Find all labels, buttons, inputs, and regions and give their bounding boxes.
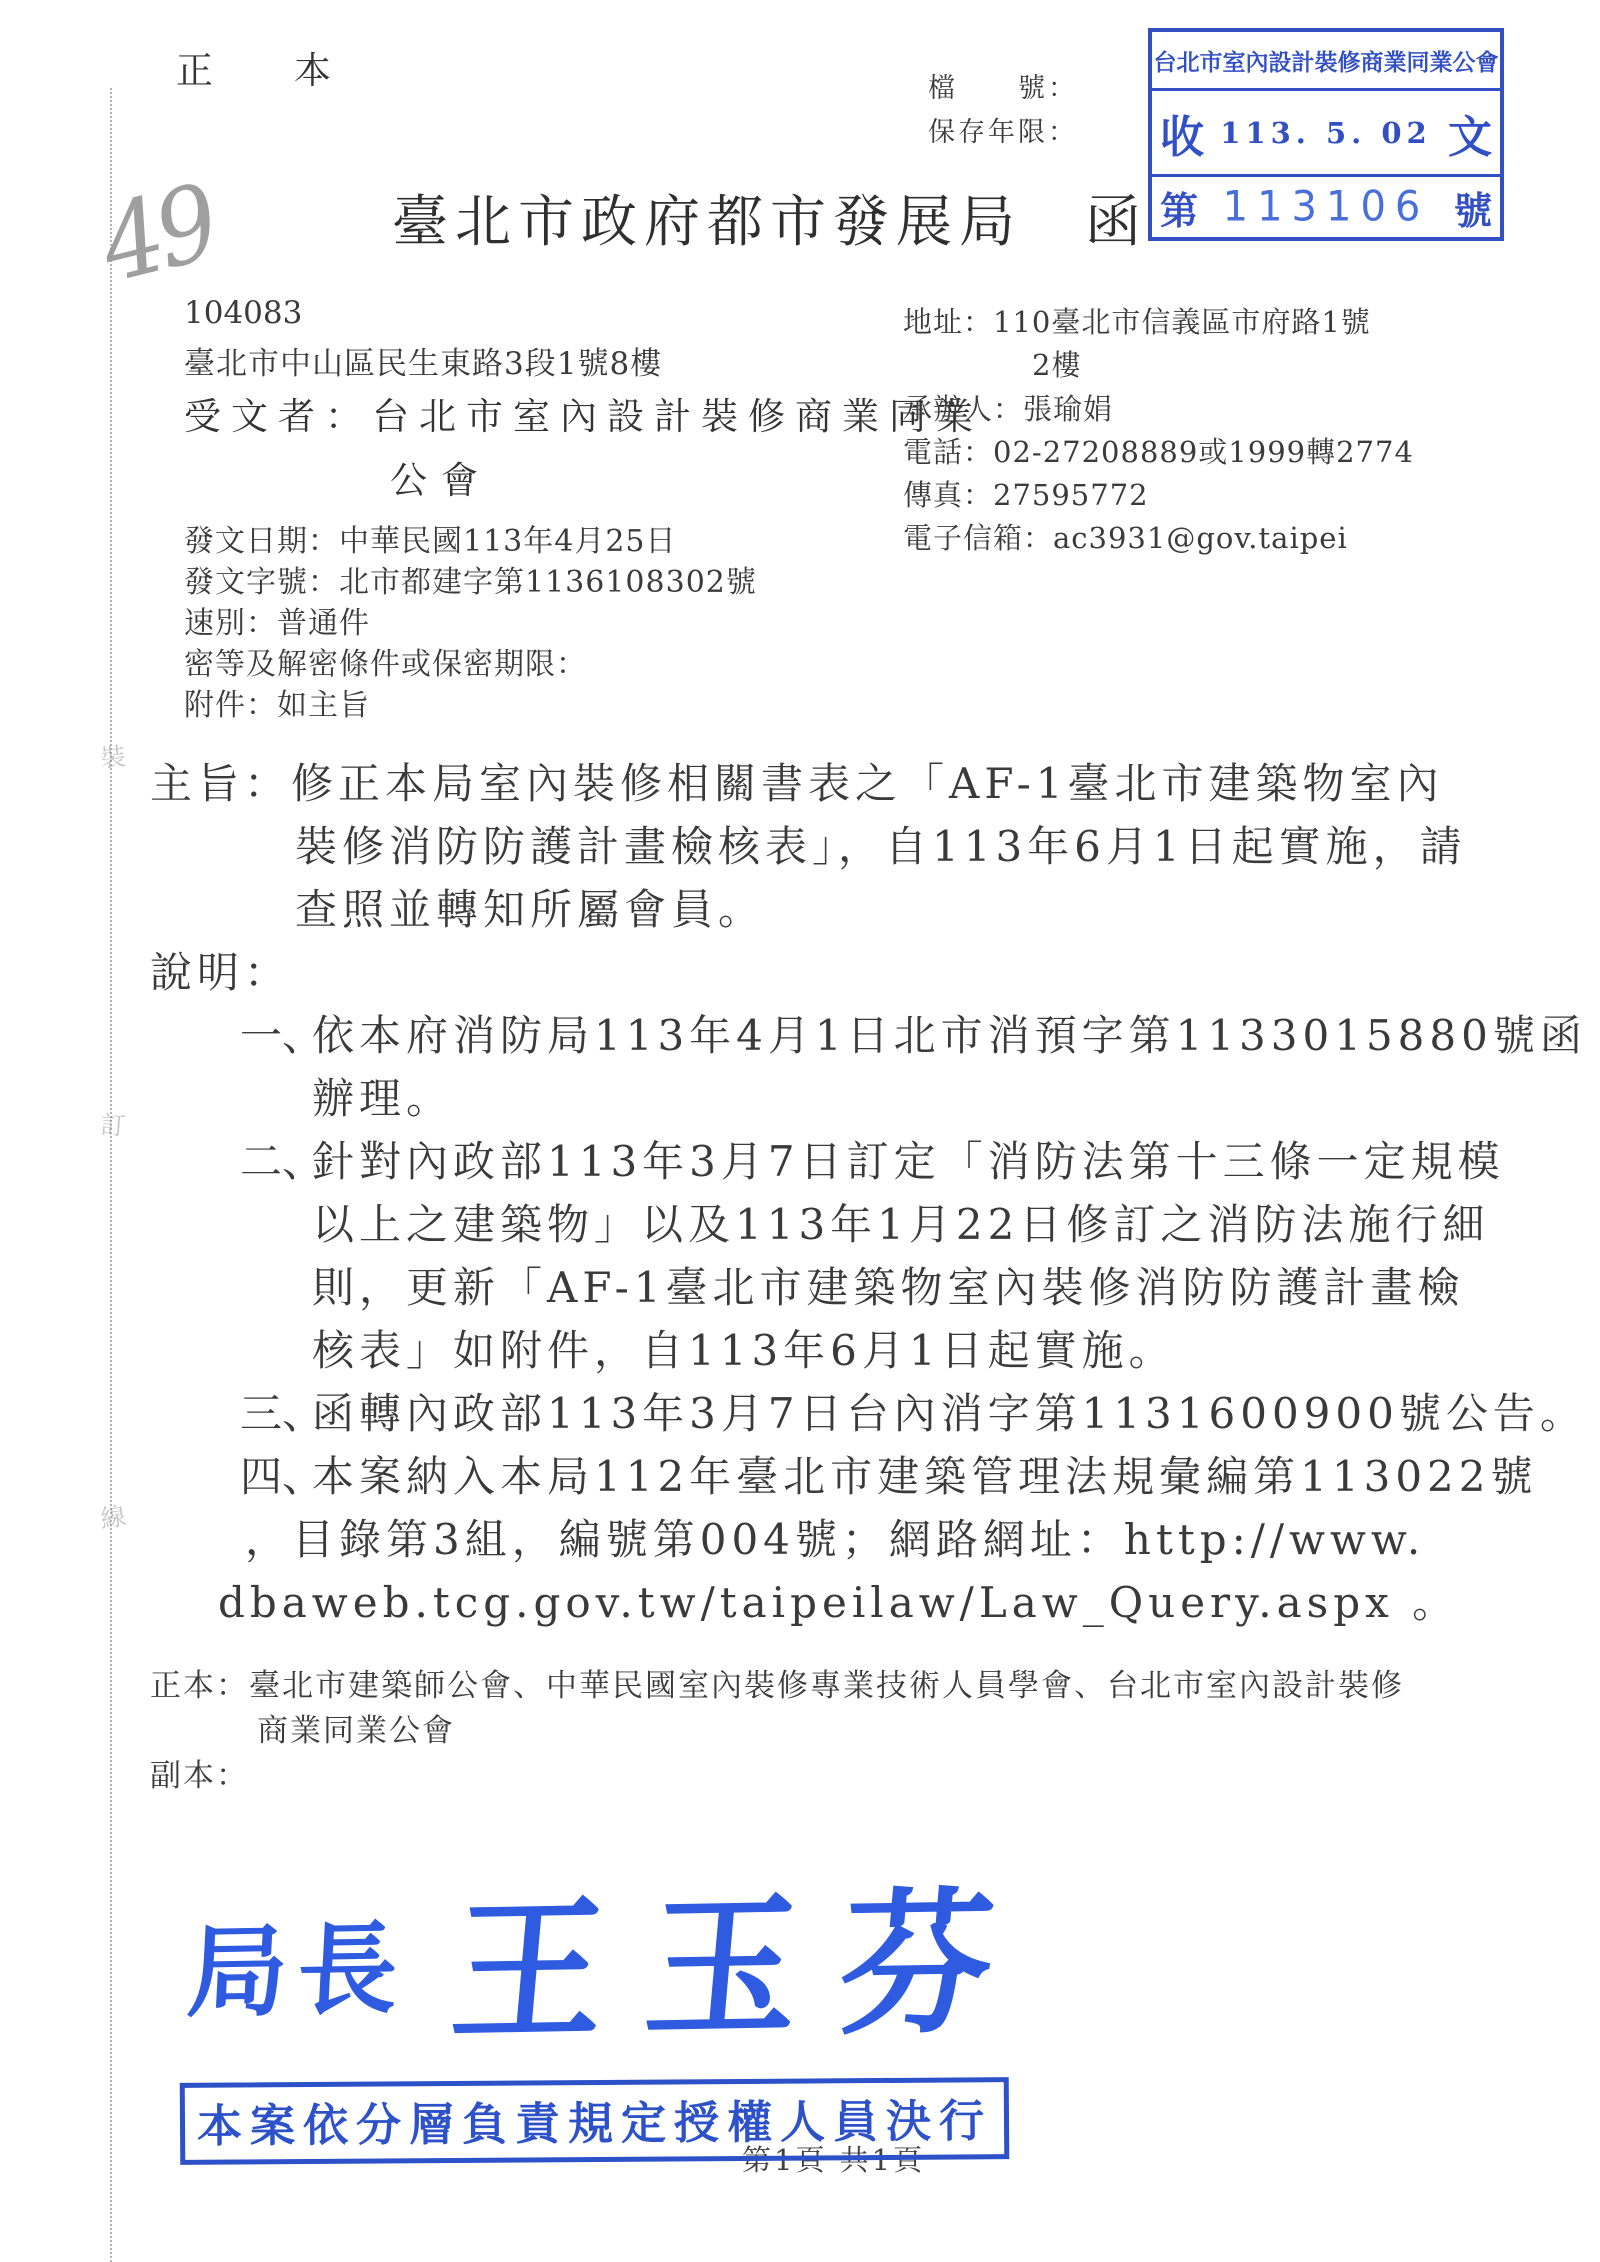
issue-date-line: 發文日期：中華民國113年4月25日: [184, 516, 677, 560]
received-stamp-number-row: 第 113106 號: [1152, 177, 1500, 237]
file-number-label: 檔 號：: [928, 66, 1078, 105]
explanation-item-3: 三、函轉內政部113年3月7日台內消字第1131600900號公告。: [240, 1382, 1510, 1445]
explanation-item-2-cont: 以上之建築物」以及113年1月22日修訂之消防法施行細: [312, 1193, 1510, 1256]
original-copy-line-cont: 商業同業公會: [257, 1709, 1404, 1754]
sender-address-line2: 2樓: [1032, 343, 1081, 384]
explanation-item-1: 一、依本府消防局113年4月1日北市消預字第1133015880號函: [240, 1004, 1510, 1067]
recipient-zip: 104083: [184, 295, 302, 331]
explanation-label: 說明：: [150, 941, 1510, 1004]
received-stamp-number: 113106: [1223, 183, 1430, 231]
explanation-item-2-cont: 核表」如附件，自113年6月1日起實施。: [312, 1319, 1510, 1382]
director-signature-stamp: 局長 王玉芬: [186, 1841, 1038, 2074]
received-stamp-date: 113. 5. 02: [1220, 116, 1431, 150]
received-stamp-org-name: 台北市室內設計裝修商業同業公會: [1152, 32, 1500, 91]
item-number: 二、: [240, 1130, 312, 1193]
speed-class-line: 速別：普通件: [184, 598, 370, 642]
contact-fax-line: 傳真：27595772: [903, 473, 1149, 514]
explanation-item-2: 二、針對內政部113年3月7日訂定「消防法第十三條一定規模: [240, 1130, 1510, 1193]
sender-address-line: 地址：110臺北市信義區市府路1號: [903, 300, 1371, 341]
item-number: 四、: [240, 1445, 312, 1508]
item-text: 依本府消防局113年4月1日北市消預字第1133015880號函: [312, 1011, 1587, 1060]
subject-line: 主旨：修正本局室內裝修相關書表之「AF-1臺北市建築物室內: [150, 752, 1510, 815]
received-stamp: 台北市室內設計裝修商業同業公會 收 113. 5. 02 文 第 113106 …: [1148, 28, 1504, 241]
subject-line: 查照並轉知所屬會員。: [295, 878, 1510, 941]
explanation-item-4-cont: dbaweb.tcg.gov.tw/taipeilaw/Law_Query.as…: [218, 1571, 1510, 1634]
explanation-item-1-cont: 辦理。: [312, 1067, 1510, 1130]
subject-line: 裝修消防防護計畫檢核表」，自113年6月1日起實施，請: [295, 815, 1510, 878]
director-name: 王玉芬: [444, 1838, 1045, 2071]
document-title: 臺北市政府都市發展局 函: [320, 178, 1220, 258]
recipient-line: 受文者：台北市室內設計裝修商業同業: [184, 386, 983, 440]
item-text: 函轉內政部113年3月7日台內消字第1131600900號公告。: [312, 1389, 1587, 1438]
item-text: 本案納入本局112年臺北市建築管理法規彙編第113022號: [312, 1452, 1538, 1501]
explanation-item-4-cont: ，目錄第3組，編號第004號；網路網址：http://www.: [245, 1508, 1510, 1571]
subject-label: 主旨：: [150, 759, 291, 808]
received-stamp-number-suffix: 號: [1454, 180, 1492, 235]
received-stamp-receive-label: 收: [1160, 101, 1204, 165]
attachment-line: 附件：如主旨: [184, 680, 370, 724]
item-number: 三、: [240, 1382, 312, 1445]
director-title: 局長: [184, 1888, 412, 2036]
security-class-line: 密等及解密條件或保密期限：: [184, 639, 587, 683]
copy-type-label: 正 本: [176, 40, 353, 94]
letter-body: 主旨：修正本局室內裝修相關書表之「AF-1臺北市建築物室內 裝修消防防護計畫檢核…: [150, 752, 1510, 1634]
delegation-authority-stamp: 本案依分層負責規定授權人員決行: [180, 2077, 1010, 2165]
recipient-line-cont: 公會: [390, 450, 492, 504]
received-stamp-number-prefix: 第: [1160, 180, 1198, 235]
recipient-address: 臺北市中山區民生東路3段1號8樓: [184, 338, 662, 383]
retention-period-label: 保存年限：: [928, 110, 1078, 149]
distribution-block: 正本：臺北市建築師公會、中華民國室內裝修專業技術人員學會、台北市室內設計裝修 商…: [150, 1664, 1404, 1799]
original-copy-label: 正本：: [150, 1668, 249, 1704]
received-stamp-doc-label: 文: [1448, 101, 1492, 165]
received-stamp-date-row: 收 113. 5. 02 文: [1152, 91, 1500, 177]
contact-person-line: 承辦人：張瑜娟: [903, 387, 1113, 428]
contact-email-line: 電子信箱：ac3931@gov.taipei: [903, 516, 1348, 557]
item-number: 一、: [240, 1004, 312, 1067]
issue-number-line: 發文字號：北市都建字第1136108302號: [184, 557, 757, 601]
original-copy-line: 正本：臺北市建築師公會、中華民國室內裝修專業技術人員學會、台北市室內設計裝修: [150, 1664, 1404, 1709]
carbon-copy-label: 副本：: [150, 1754, 1404, 1799]
contact-phone-line: 電話：02-27208889或1999轉2774: [903, 430, 1414, 471]
original-copy-recipients: 臺北市建築師公會、中華民國室內裝修專業技術人員學會、台北市室內設計裝修: [249, 1668, 1404, 1704]
item-text: 針對內政部113年3月7日訂定「消防法第十三條一定規模: [312, 1137, 1505, 1186]
subject-text: 修正本局室內裝修相關書表之「AF-1臺北市建築物室內: [291, 759, 1444, 808]
binding-mark-zhuang: 裝: [94, 736, 132, 775]
explanation-item-2-cont: 則，更新「AF-1臺北市建築物室內裝修消防防護計畫檢: [312, 1256, 1510, 1319]
binding-mark-ding: 訂: [95, 1105, 131, 1143]
explanation-item-4: 四、本案納入本局112年臺北市建築管理法規彙編第113022號: [240, 1445, 1510, 1508]
binding-line: [110, 88, 112, 2262]
binding-mark-xian: 線: [94, 1496, 133, 1536]
